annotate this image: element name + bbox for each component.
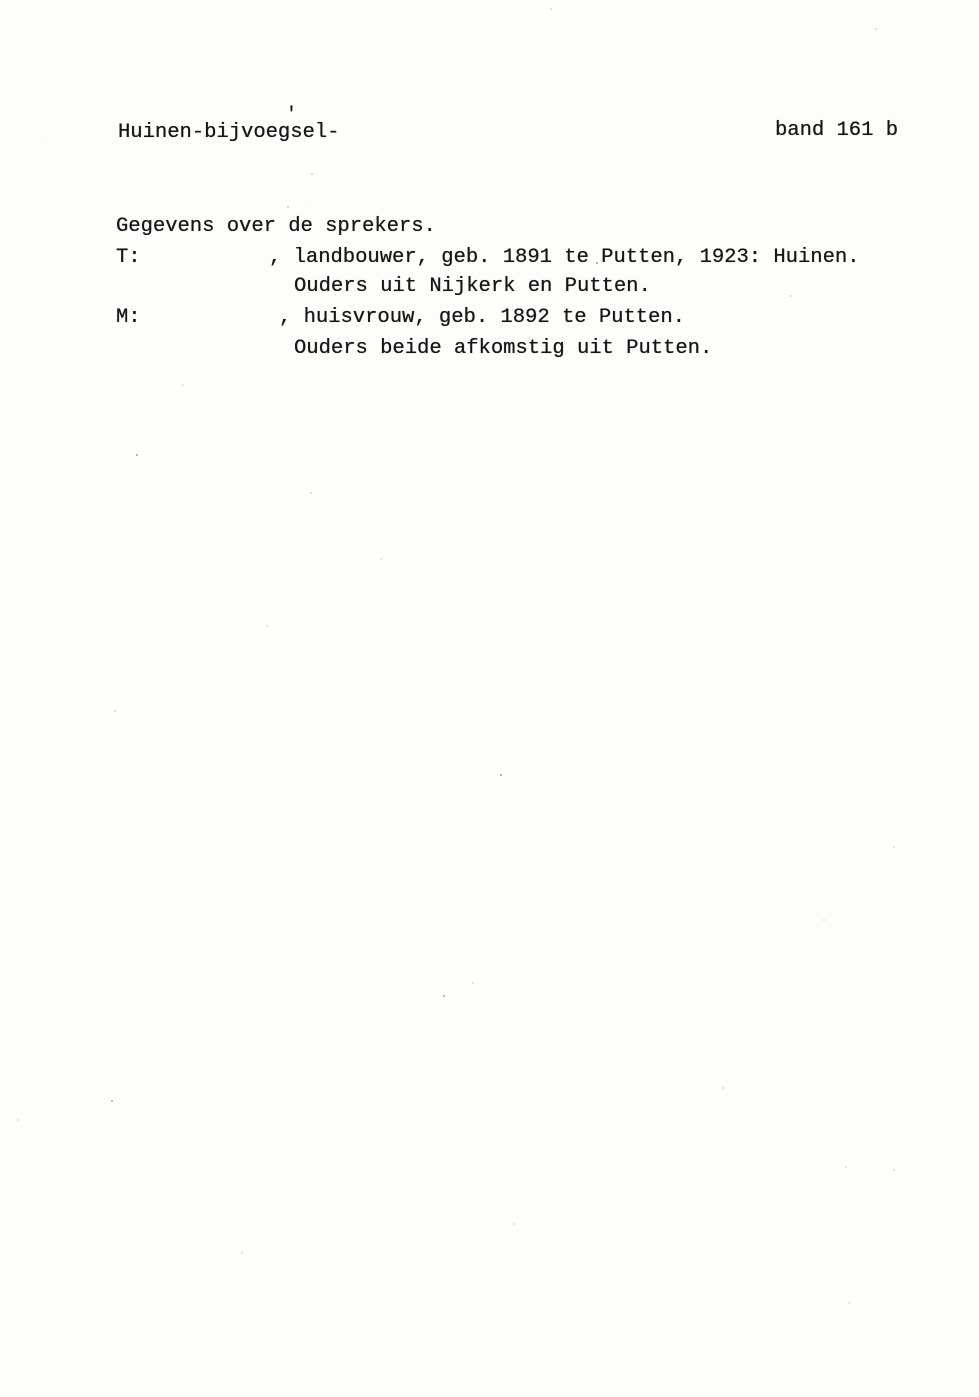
document-title: Huinen-bijvoegsel-	[118, 123, 339, 144]
speaker-m-details: , huisvrouw, geb. 1892 te Putten.	[279, 308, 685, 329]
speaker-t-label: T:	[116, 248, 141, 269]
scanned-document-page: ' Huinen-bijvoegsel- band 161 b Gegevens…	[0, 0, 979, 1397]
speaker-m-label: M:	[116, 308, 141, 329]
speaker-m-parents: Ouders beide afkomstig uit Putten.	[294, 339, 712, 360]
band-number-label: band 161 b	[775, 121, 898, 142]
speaker-t-details: , landbouwer, geb. 1891 te Putten, 1923:…	[269, 248, 860, 269]
scan-noise-speckle	[0, 0, 2, 2]
speaker-t-parents: Ouders uit Nijkerk en Putten.	[294, 277, 651, 298]
section-heading-speakers: Gegevens over de sprekers.	[116, 217, 436, 238]
